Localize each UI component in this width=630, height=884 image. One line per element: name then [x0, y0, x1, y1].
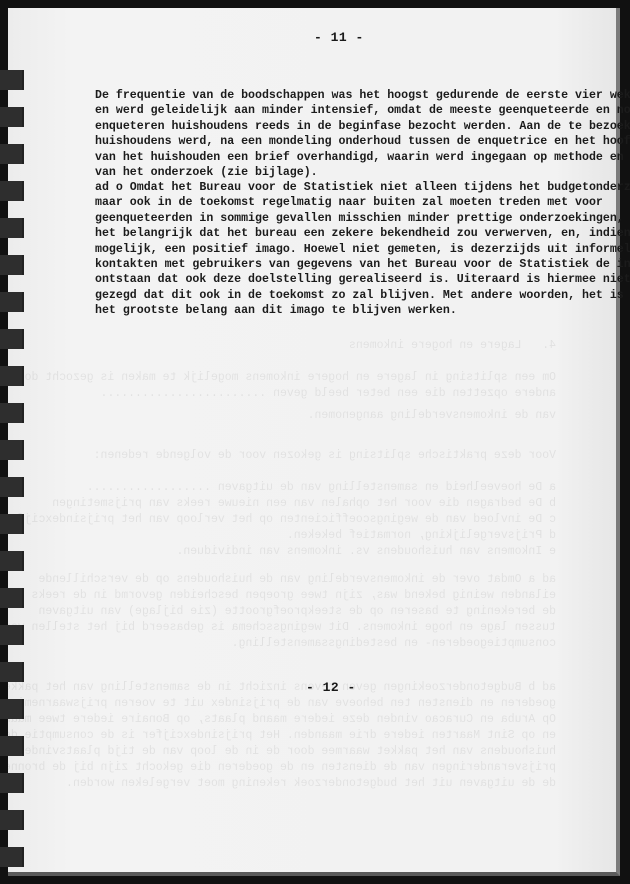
page-number-bottom: - 12 - [306, 680, 356, 695]
text-line: De frequentie van de boodschappen was he… [95, 88, 615, 103]
binding-holes [0, 0, 24, 884]
binding-hole [0, 218, 24, 238]
binding-hole [0, 736, 24, 756]
text-line: van het huishouden een brief overhandigd… [95, 150, 615, 165]
binding-hole [0, 255, 24, 275]
binding-hole [0, 107, 24, 127]
text-line: enqueteren huishoudens reeds in de begin… [95, 119, 615, 134]
text-line: het belangrijk dat het bureau een zekere… [95, 226, 615, 241]
text-line: mogelijk, een positief imago. Hoewel nie… [95, 242, 615, 257]
text-line: ontstaan dat ook deze doelstelling gerea… [95, 272, 615, 287]
binding-hole [0, 699, 24, 719]
binding-hole [0, 773, 24, 793]
binding-hole [0, 70, 24, 90]
binding-hole [0, 847, 24, 867]
binding-hole [0, 144, 24, 164]
binding-hole [0, 292, 24, 312]
binding-hole [0, 810, 24, 830]
binding-hole [0, 366, 24, 386]
binding-hole [0, 662, 24, 682]
text-line: gezegd dat dit ook in de toekomst zo zal… [95, 288, 615, 303]
binding-hole [0, 181, 24, 201]
text-line: huishoudens werd, na een mondeling onder… [95, 134, 615, 149]
binding-hole [0, 551, 24, 571]
text-line: van het onderzoek (zie bijlage). [95, 165, 615, 180]
binding-hole [0, 440, 24, 460]
paragraph-boodschappen: De frequentie van de boodschappen was he… [95, 88, 615, 180]
binding-hole [0, 329, 24, 349]
text-line: en werd geleidelijk aan minder intensief… [95, 103, 615, 118]
scanned-page: 4. Lagere en hogere inkomens Om een spli… [8, 8, 620, 876]
text-line: het grootste belang aan dit imago te bli… [95, 303, 615, 318]
binding-hole [0, 625, 24, 645]
binding-hole [0, 403, 24, 423]
binding-hole [0, 588, 24, 608]
binding-hole [0, 477, 24, 497]
text-line: kontakten met gebruikers van gegevens va… [95, 257, 615, 272]
text-line: maar ook in de toekomst regelmatig naar … [95, 195, 615, 210]
text-line: ad o Omdat het Bureau voor de Statistiek… [95, 180, 615, 195]
paragraph-ad-o-imago: ad o Omdat het Bureau voor de Statistiek… [95, 180, 615, 319]
text-line: geenqueteerden in sommige gevallen missc… [95, 211, 615, 226]
binding-hole [0, 514, 24, 534]
page-number-top: - 11 - [314, 30, 364, 45]
